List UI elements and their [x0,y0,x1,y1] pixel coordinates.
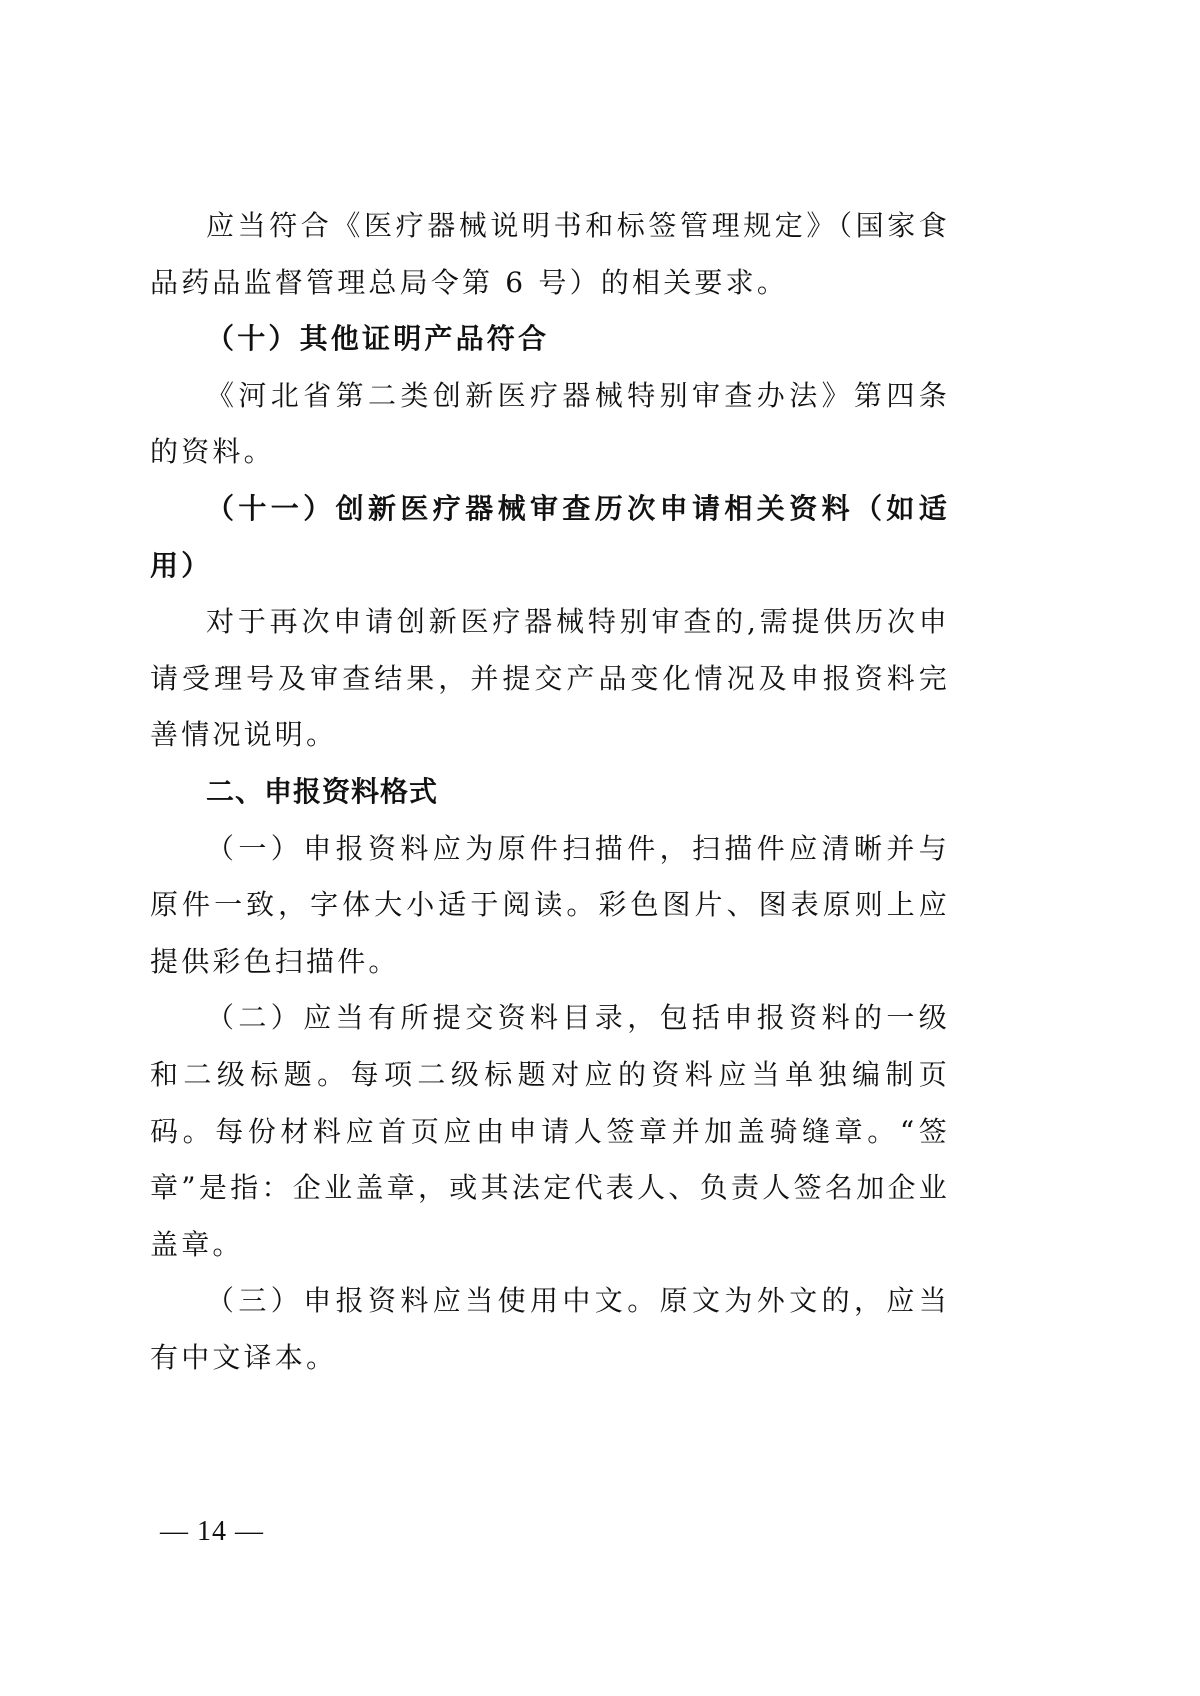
document-page: 应当符合《医疗器械说明书和标签管理规定》（国家食品药品监督管理总局令第 6 号）… [0,0,1200,1696]
paragraph-format-two: （二）应当有所提交资料目录，包括申报资料的一级和二级标题。每项二级标题对应的资料… [150,990,950,1273]
paragraph-format-one: （一）申报资料应为原件扫描件，扫描件应清晰并与原件一致，字体大小适于阅读。彩色图… [150,821,950,991]
paragraph-reapplication: 对于再次申请创新医疗器械特别审查的,需提供历次申请受理号及审查结果，并提交产品变… [150,594,950,764]
document-body: 应当符合《医疗器械说明书和标签管理规定》（国家食品药品监督管理总局令第 6 号）… [150,198,950,1386]
page-number: — 14 — [160,1516,264,1548]
paragraph-format-three: （三）申报资料应当使用中文。原文为外文的，应当有中文译本。 [150,1273,950,1386]
paragraph-article-four: 《河北省第二类创新医疗器械特别审查办法》第四条的资料。 [150,368,950,481]
paragraph-label-requirements: 应当符合《医疗器械说明书和标签管理规定》（国家食品药品监督管理总局令第 6 号）… [150,198,950,311]
subheading-other-proof: （十）其他证明产品符合 [150,311,950,368]
heading-submission-format: 二、申报资料格式 [150,764,950,821]
subheading-previous-applications: （十一）创新医疗器械审查历次申请相关资料（如适用） [150,481,950,594]
